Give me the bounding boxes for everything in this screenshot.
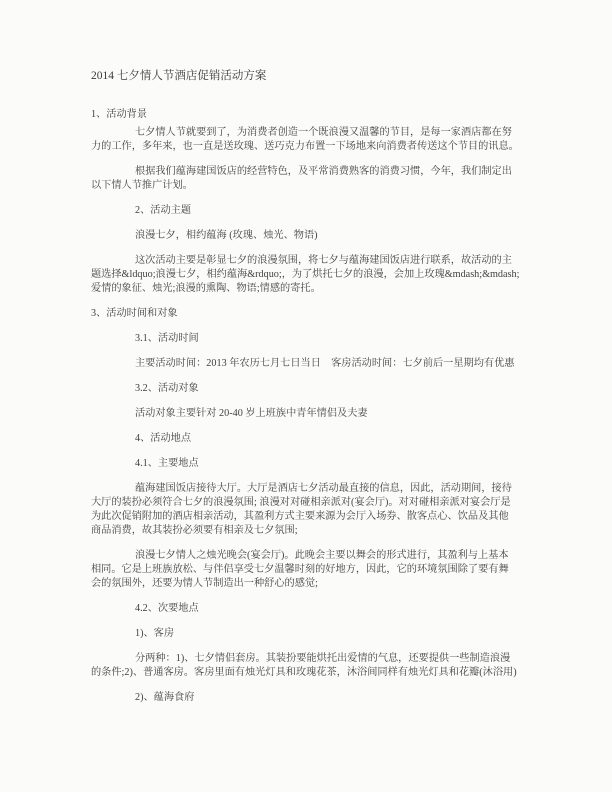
text-line: 4.2、次要地点 (91, 602, 529, 616)
text-line: 2、活动主题 (91, 204, 529, 218)
text-line: 题选择&ldquo;浪漫七夕，相约蕴海&rdquo;，为了烘托七夕的浪漫，会加上… (91, 268, 529, 282)
text-line: 1)、客房 (91, 627, 529, 641)
text-line: 蕴海建国饭店接待大厅。大厅是酒店七夕活动最直接的信息，因此，活动期间，接待 (91, 482, 529, 496)
text-line: 4、活动地点 (91, 432, 529, 446)
section-heading: 3、活动时间和对象 (91, 307, 529, 321)
paragraph: 七夕情人节就要到了，为消费者创造一个既浪漫又温馨的节目，是每一家酒店都在努力的工… (91, 126, 529, 154)
paragraph: 活动对象主要针对 20-40 岁上班族中青年情侣及夫妻 (91, 407, 529, 421)
section-heading: 1)、客房 (91, 627, 529, 641)
paragraph: 主要活动时间：2013 年农历七月七日当日 客房活动时间：七夕前后一星期均有优惠 (91, 357, 529, 371)
paragraph: 浪漫七夕，相约蕴海 (玫瑰、烛光、物语) (91, 229, 529, 243)
text-line: 分两种：1)、七夕情侣套房。其装扮要能烘托出爱情的气息，还要提供一些制造浪漫 (91, 652, 529, 666)
text-line: 会的氛围外，还要为情人节制造出一种舒心的感觉; (91, 577, 529, 591)
text-line: 爱情的象征、烛光;浪漫的熏陶、物语;情感的寄托。 (91, 282, 529, 296)
text-line: 相同。它是上班族放松、与伴侣享受七夕温馨时刻的好地方，因此，它的环境氛围除了要有… (91, 563, 529, 577)
document-title: 2014 七夕情人节酒店促销活动方案 (91, 69, 529, 83)
section-heading: 4.2、次要地点 (91, 602, 529, 616)
text-line: 3、活动时间和对象 (91, 307, 529, 321)
section-heading: 2)、蕴海食府 (91, 691, 529, 705)
text-line: 2014 七夕情人节酒店促销活动方案 (91, 69, 529, 83)
text-line: 七夕情人节就要到了，为消费者创造一个既浪漫又温馨的节目，是每一家酒店都在努 (91, 126, 529, 140)
section-heading: 4、活动地点 (91, 432, 529, 446)
paragraph: 这次活动主要是彰显七夕的浪漫氛围，将七夕与蕴海建国饭店进行联系，故活动的主题选择… (91, 254, 529, 296)
text-line: 1、活动背景 (91, 108, 529, 122)
text-line: 主要活动时间：2013 年农历七月七日当日 客房活动时间：七夕前后一星期均有优惠 (91, 357, 529, 371)
paragraph: 根据我们蕴海建国饭店的经营特色，及平常消费熟客的消费习惯，今年，我们制定出以下情… (91, 165, 529, 193)
text-line: 4.1、主要地点 (91, 457, 529, 471)
text-line: 3.1、活动时间 (91, 332, 529, 346)
document-canvas: { "page": { "background_color": "#fbfbfa… (0, 0, 612, 792)
text-line: 的条件;2)、普通客房。客房里面有烛光灯具和玫瑰花茶，沐浴间同样有烛光灯具和花瓣… (91, 666, 529, 680)
section-heading: 1、活动背景 (91, 108, 529, 122)
section-heading: 3.2、活动对象 (91, 382, 529, 396)
text-line: 力的工作，多年来，也一直是送玫瑰、送巧克力布置一下场地来向消费者传送这个节目的讯… (91, 140, 529, 154)
text-line: 2)、蕴海食府 (91, 691, 529, 705)
document-page: 2014 七夕情人节酒店促销活动方案1、活动背景七夕情人节就要到了，为消费者创造… (91, 69, 529, 716)
paragraph: 蕴海建国饭店接待大厅。大厅是酒店七夕活动最直接的信息，因此，活动期间，接待大厅的… (91, 482, 529, 538)
text-line: 浪漫七夕，相约蕴海 (玫瑰、烛光、物语) (91, 229, 529, 243)
text-line: 浪漫七夕情人之烛光晚会(宴会厅)。此晚会主要以舞会的形式进行，其盈利与上基本 (91, 549, 529, 563)
text-line: 这次活动主要是彰显七夕的浪漫氛围，将七夕与蕴海建国饭店进行联系，故活动的主 (91, 254, 529, 268)
text-line: 商品消费，故其装扮必须要有相亲及七夕氛围; (91, 524, 529, 538)
paragraph: 分两种：1)、七夕情侣套房。其装扮要能烘托出爱情的气息，还要提供一些制造浪漫的条… (91, 652, 529, 680)
section-heading: 4.1、主要地点 (91, 457, 529, 471)
section-heading: 3.1、活动时间 (91, 332, 529, 346)
text-line: 为此次促销附加的酒店相亲活动，其盈利方式主要来源为会厅入场券、散客点心、饮品及其… (91, 510, 529, 524)
text-line: 3.2、活动对象 (91, 382, 529, 396)
text-line: 根据我们蕴海建国饭店的经营特色，及平常消费熟客的消费习惯，今年，我们制定出 (91, 165, 529, 179)
text-line: 活动对象主要针对 20-40 岁上班族中青年情侣及夫妻 (91, 407, 529, 421)
text-line: 以下情人节推广计划。 (91, 179, 529, 193)
paragraph: 浪漫七夕情人之烛光晚会(宴会厅)。此晚会主要以舞会的形式进行，其盈利与上基本相同… (91, 549, 529, 591)
section-heading: 2、活动主题 (91, 204, 529, 218)
text-line: 大厅的装扮必须符合七夕的浪漫氛围; 浪漫对对碰相亲派对(宴会厅)。对对碰相亲派对… (91, 496, 529, 510)
